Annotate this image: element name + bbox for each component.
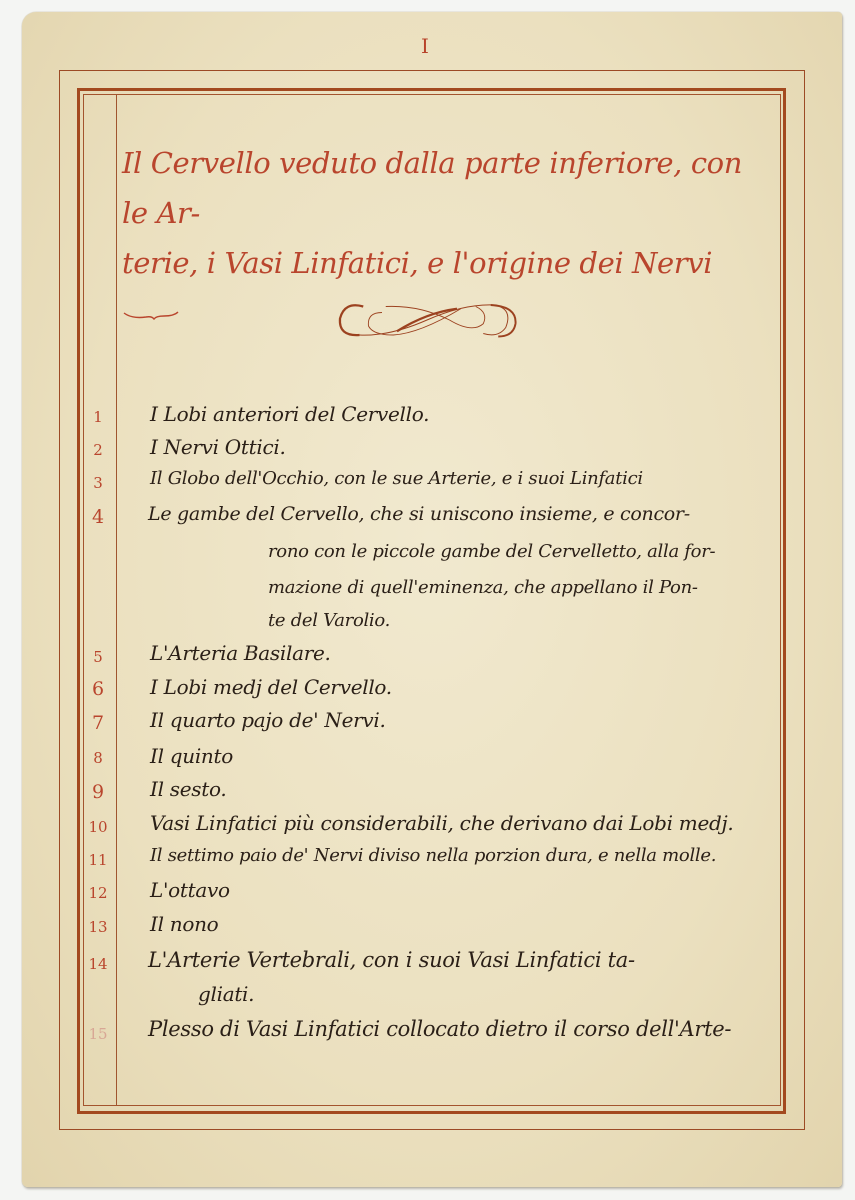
- entry-text-continued: te del Varolio.: [268, 610, 390, 631]
- entry-text: I Lobi medj del Cervello.: [150, 675, 392, 699]
- decorative-flourish-icon: [312, 290, 542, 350]
- entry-text: Il sesto.: [150, 777, 226, 801]
- entry-number: 10: [78, 818, 118, 836]
- entry-text: Il nono: [150, 912, 218, 936]
- entry-text-continued: mazione di quell'eminenza, che appellano…: [268, 577, 698, 598]
- entry-number: 15: [78, 1025, 118, 1043]
- entry-number: 11: [78, 851, 118, 869]
- entry-number: 13: [78, 918, 118, 936]
- entry-text-continued: rono con le piccole gambe del Cervellett…: [268, 541, 715, 562]
- entry-number: 12: [78, 884, 118, 902]
- entry-number: 8: [78, 749, 118, 767]
- entry-number: 4: [78, 506, 118, 528]
- entry-number: 2: [78, 441, 118, 459]
- title-line-1: Il Cervello veduto dalla parte inferiore…: [122, 138, 772, 238]
- title-tail-flourish-icon: [122, 310, 180, 320]
- entry-number: 7: [78, 712, 118, 734]
- entry-number: 3: [78, 474, 118, 492]
- entry-text: Vasi Linfatici più considerabili, che de…: [150, 811, 733, 835]
- entry-text: Plesso di Vasi Linfatici collocato dietr…: [148, 1017, 731, 1041]
- entry-text: I Nervi Ottici.: [150, 435, 286, 459]
- entry-number: 9: [78, 781, 118, 803]
- entry-number: 14: [78, 955, 118, 973]
- entry-number: 5: [78, 648, 118, 666]
- entry-text: L'Arterie Vertebrali, con i suoi Vasi Li…: [148, 948, 635, 972]
- entry-text: L'Arteria Basilare.: [150, 641, 331, 665]
- page-number: I: [410, 34, 440, 58]
- entry-text: Il Globo dell'Occhio, con le sue Arterie…: [150, 468, 643, 489]
- number-column-divider: [116, 95, 117, 1105]
- entry-text: Il quinto: [150, 744, 233, 768]
- entry-text: I Lobi anteriori del Cervello.: [150, 402, 429, 426]
- entry-number: 6: [78, 678, 118, 700]
- entry-text-continued: gliati.: [198, 982, 254, 1006]
- entry-text: Il quarto pajo de' Nervi.: [150, 708, 386, 732]
- entry-text: Il settimo paio de' Nervi diviso nella p…: [150, 845, 716, 866]
- entry-text: L'ottavo: [150, 878, 230, 902]
- entry-number: 1: [78, 408, 118, 426]
- entry-text: Le gambe del Cervello, che si uniscono i…: [148, 503, 690, 525]
